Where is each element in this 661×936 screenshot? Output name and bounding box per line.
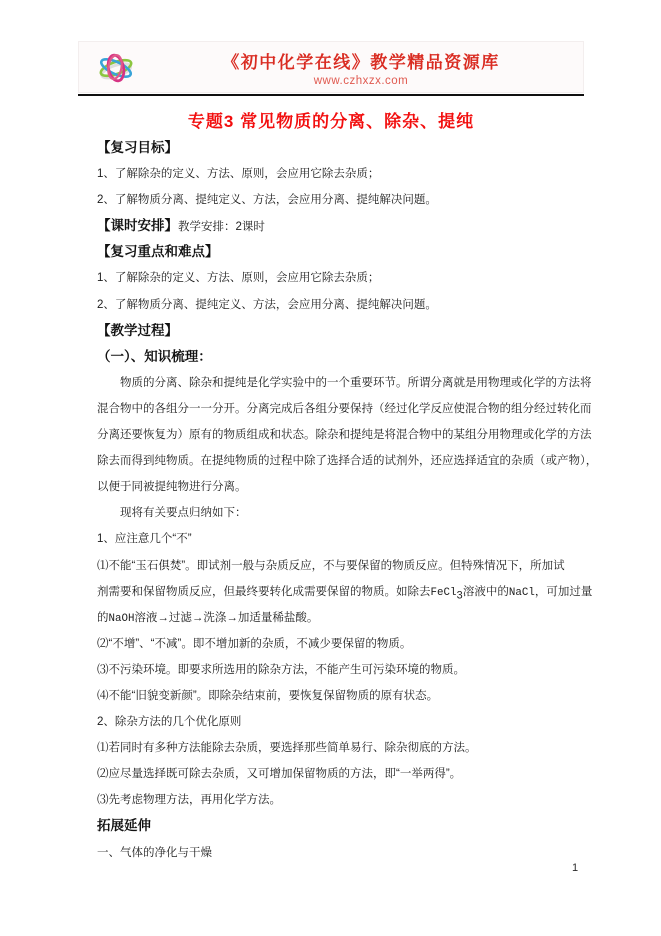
doc-line: 剂需要和保留物质反应，但最终要转化成需要保留的物质。如除去FeCl3溶液中的Na… xyxy=(97,579,589,605)
doc-line: 【课时安排】教学安排：2课时 xyxy=(97,213,589,239)
doc-line: 1、了解除杂的定义、方法、原则，会应用它除去杂质； xyxy=(97,161,589,187)
doc-line: 除去而得到纯物质。在提纯物质的过程中除了选择合适的试剂外，还应选择适宜的杂质（或… xyxy=(97,448,589,474)
header-text: 《初中化学在线》教学精品资源库 www.czhxzx.com xyxy=(139,42,583,94)
doc-line: 分离还要恢复为）原有的物质组成和状态。除杂和提纯是将混合物中的某组分用物理或化学… xyxy=(97,422,589,448)
doc-line: ⑵“不增”、“不减”。即不增加新的杂质，不减少要保留的物质。 xyxy=(97,631,589,657)
doc-line: 拓展延伸 xyxy=(97,813,589,839)
site-url: www.czhxzx.com xyxy=(139,75,583,87)
doc-line: ⑷不能“旧貌变新颜”。即除杂结束前，要恢复保留物质的原有状态。 xyxy=(97,683,589,709)
doc-line: 现将有关要点归纳如下： xyxy=(97,500,589,526)
doc-line: 一、气体的净化与干燥 xyxy=(97,840,589,866)
document-body: 【复习目标】1、了解除杂的定义、方法、原则，会应用它除去杂质；2、了解物质分离、… xyxy=(97,135,589,866)
doc-line: ⑴若同时有多种方法能除去杂质，要选择那些简单易行、除杂彻底的方法。 xyxy=(97,735,589,761)
doc-line: ⑶不污染环境。即要求所选用的除杂方法，不能产生可污染环境的物质。 xyxy=(97,657,589,683)
doc-line: 的NaOH溶液→过滤→洗涤→加适量稀盐酸。 xyxy=(97,605,589,631)
header-divider xyxy=(78,94,584,96)
doc-line: 1、了解除杂的定义、方法、原则，会应用它除去杂质； xyxy=(97,265,589,291)
doc-line: ⑴不能“玉石俱焚”。即试剂一般与杂质反应，不与要保留的物质反应。但特殊情况下，所… xyxy=(97,553,589,579)
doc-line: 【复习重点和难点】 xyxy=(97,239,589,265)
doc-line: 1、应注意几个“不” xyxy=(97,526,589,552)
doc-line: ⑵应尽量选择既可除去杂质，又可增加保留物质的方法，即“一举两得”。 xyxy=(97,761,589,787)
doc-line: 2、了解物质分离、提纯定义、方法，会应用分离、提纯解决问题。 xyxy=(97,187,589,213)
doc-line: 【教学过程】 xyxy=(97,318,589,344)
page-number: 1 xyxy=(560,862,590,874)
doc-line: 【复习目标】 xyxy=(97,135,589,161)
doc-line: ⑶先考虑物理方法，再用化学方法。 xyxy=(97,787,589,813)
page-title: 专题3 常见物质的分离、除杂、提纯 xyxy=(78,107,584,132)
doc-line: 2、了解物质分离、提纯定义、方法，会应用分离、提纯解决问题。 xyxy=(97,292,589,318)
site-title: 《初中化学在线》教学精品资源库 xyxy=(139,48,583,73)
site-header: 《初中化学在线》教学精品资源库 www.czhxzx.com xyxy=(78,41,584,93)
doc-line: 物质的分离、除杂和提纯是化学实验中的一个重要环节。所谓分离就是用物理或化学的方法… xyxy=(97,370,589,396)
document-page: 《初中化学在线》教学精品资源库 www.czhxzx.com 专题3 常见物质的… xyxy=(0,0,661,936)
doc-line: 混合物中的各组分一一分开。分离完成后各组分要保持（经过化学反应使混合物的组分经过… xyxy=(97,396,589,422)
doc-line: 2、除杂方法的几个优化原则 xyxy=(97,709,589,735)
doc-line: （一）、知识梳理： xyxy=(97,344,589,370)
atom-logo-icon xyxy=(91,44,139,92)
doc-line: 以便于同被提纯物进行分离。 xyxy=(97,474,589,500)
